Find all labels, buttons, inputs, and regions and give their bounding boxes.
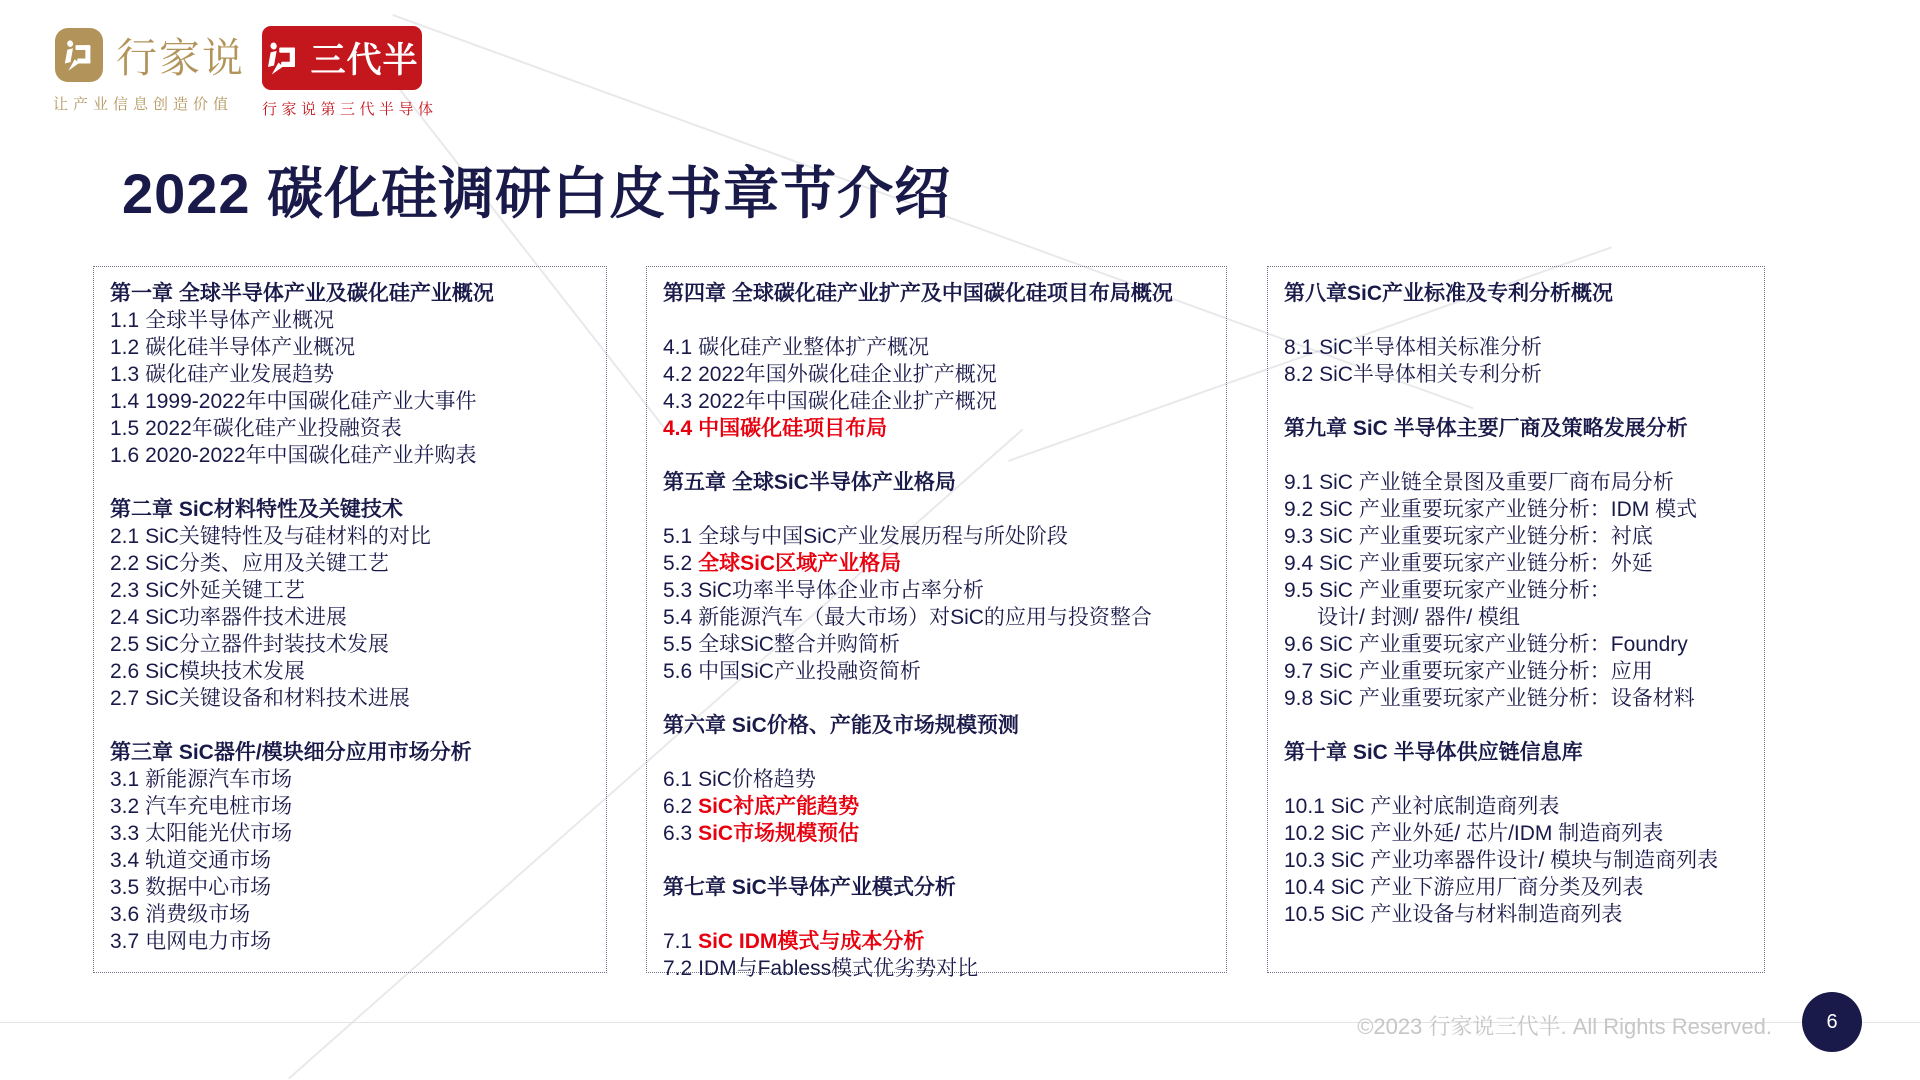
item-text: SiC功率半导体企业市占率分析	[698, 579, 984, 602]
item-number: 1.3	[110, 363, 139, 386]
item-text: SiC分立器件封装技术发展	[145, 633, 389, 656]
item-text: SiC分类、应用及关键工艺	[145, 552, 389, 575]
item-text: 轨道交通市场	[145, 849, 271, 872]
chapter-item: 4.4中国碳化硅项目布局	[663, 415, 1210, 442]
item-number: 6.1	[663, 768, 692, 791]
chapter-heading: 第九章 SiC 半导体主要厂商及策略发展分析	[1284, 415, 1748, 442]
item-text: SiC 产业重要玩家产业链分析：	[1319, 579, 1611, 602]
brand-logo-hangjiashuo: 行家说 让产业信息创造价值	[55, 25, 245, 114]
chapter-item: 5.2全球SiC区域产业格局	[663, 550, 1210, 577]
item-number: 9.4	[1284, 552, 1313, 575]
item-number: 6.3	[663, 822, 692, 845]
item-text: SiC 产业链全景图及重要厂商布局分析	[1319, 471, 1674, 494]
item-text: SiC关键特性及与硅材料的对比	[145, 525, 431, 548]
item-text: 中国SiC产业投融资简析	[698, 660, 921, 683]
item-number: 4.3	[663, 390, 692, 413]
chapter-item: 10.1SiC 产业衬底制造商列表	[1284, 793, 1748, 820]
item-number: 9.1	[1284, 471, 1313, 494]
chapter-item: 1.41999-2022年中国碳化硅产业大事件	[110, 388, 590, 415]
speech-bubble-logo-icon	[55, 28, 103, 82]
chapter-item: 3.2汽车充电桩市场	[110, 793, 590, 820]
item-number: 8.1	[1284, 336, 1313, 359]
chapter-box-1: 第一章 全球半导体产业及碳化硅产业概况1.1全球半导体产业概况1.2碳化硅半导体…	[93, 266, 607, 973]
item-text: 全球SiC区域产业格局	[698, 552, 901, 575]
item-text: 汽车充电桩市场	[145, 795, 292, 818]
chapter-item: 6.3SiC市场规模预估	[663, 820, 1210, 847]
item-number: 10.3	[1284, 849, 1325, 872]
brand-name: 行家说	[116, 25, 245, 84]
item-text: 2022年碳化硅产业投融资表	[145, 417, 402, 440]
item-text: SiC 产业外延/ 芯片/IDM 制造商列表	[1331, 822, 1664, 845]
chapter-item: 9.3SiC 产业重要玩家产业链分析：衬底	[1284, 523, 1748, 550]
chapter-item: 5.3SiC功率半导体企业市占率分析	[663, 577, 1210, 604]
chapter-item: 9.6SiC 产业重要玩家产业链分析：Foundry	[1284, 631, 1748, 658]
chapter-item: 1.2碳化硅半导体产业概况	[110, 334, 590, 361]
item-text: SiC 产业重要玩家产业链分析：Foundry	[1319, 633, 1688, 656]
page-number: 6	[1826, 1011, 1837, 1034]
item-text: SiC半导体相关专利分析	[1319, 363, 1542, 386]
item-text: 数据中心市场	[145, 876, 271, 899]
chapter-item: 4.1碳化硅产业整体扩产概况	[663, 334, 1210, 361]
item-text: SiC IDM模式与成本分析	[698, 930, 924, 953]
chapter-item: 2.1SiC关键特性及与硅材料的对比	[110, 523, 590, 550]
item-number: 5.3	[663, 579, 692, 602]
chapter-item: 1.52022年碳化硅产业投融资表	[110, 415, 590, 442]
chapter-item: 3.3太阳能光伏市场	[110, 820, 590, 847]
chapter-section: 第二章 SiC材料特性及关键技术2.1SiC关键特性及与硅材料的对比2.2SiC…	[110, 496, 590, 712]
item-number: 4.4	[663, 417, 692, 440]
chapter-heading: 第一章 全球半导体产业及碳化硅产业概况	[110, 280, 590, 307]
chapter-heading: 第七章 SiC半导体产业模式分析	[663, 874, 1210, 901]
item-number: 9.7	[1284, 660, 1313, 683]
chapter-item: 1.3碳化硅产业发展趋势	[110, 361, 590, 388]
chapter-item: 9.7SiC 产业重要玩家产业链分析：应用	[1284, 658, 1748, 685]
item-number: 2.7	[110, 687, 139, 710]
brand-tagline: 让产业信息创造价值	[53, 93, 245, 114]
chapter-heading: 第二章 SiC材料特性及关键技术	[110, 496, 590, 523]
item-number: 9.8	[1284, 687, 1313, 710]
item-text: 全球与中国SiC产业发展历程与所处阶段	[698, 525, 1068, 548]
chapter-heading: 第八章SiC产业标准及专利分析概况	[1284, 280, 1748, 307]
item-number: 1.1	[110, 309, 139, 332]
brand-name: 三代半	[310, 33, 418, 83]
item-text: SiC价格趋势	[698, 768, 816, 791]
chapter-item: 2.3SiC外延关键工艺	[110, 577, 590, 604]
chapter-item: 8.1SiC半导体相关标准分析	[1284, 334, 1748, 361]
chapter-item: 1.62020-2022年中国碳化硅产业并购表	[110, 442, 590, 469]
brand-logo-sandaiban: 三代半 行家说第三代半导体	[262, 26, 438, 119]
item-number: 2.1	[110, 525, 139, 548]
item-text: SiC 产业衬底制造商列表	[1331, 795, 1560, 818]
chapter-item: 5.1全球与中国SiC产业发展历程与所处阶段	[663, 523, 1210, 550]
page-number-badge: 6	[1802, 992, 1862, 1052]
item-number: 2.6	[110, 660, 139, 683]
item-number: 8.2	[1284, 363, 1313, 386]
speech-bubble-logo-glyph	[62, 36, 96, 74]
chapter-item: 2.5SiC分立器件封装技术发展	[110, 631, 590, 658]
chapter-item: 3.6消费级市场	[110, 901, 590, 928]
sandaiban-badge: 三代半	[262, 26, 422, 90]
chapter-heading: 第三章 SiC器件/模块细分应用市场分析	[110, 739, 590, 766]
item-number: 5.5	[663, 633, 692, 656]
item-text: 设计/ 封测/ 器件/ 模组	[1317, 606, 1520, 629]
chapter-item: 9.5SiC 产业重要玩家产业链分析：	[1284, 577, 1748, 604]
chapter-item: 2.2SiC分类、应用及关键工艺	[110, 550, 590, 577]
item-text: 全球SiC整合并购简析	[698, 633, 900, 656]
item-number: 3.1	[110, 768, 139, 791]
item-text: SiC 产业功率器件设计/ 模块与制造商列表	[1331, 849, 1718, 872]
item-text: 2022年中国碳化硅企业扩产概况	[698, 390, 997, 413]
chapter-section: 第七章 SiC半导体产业模式分析7.1SiC IDM模式与成本分析7.2IDM与…	[663, 874, 1210, 982]
chapter-item: 5.6中国SiC产业投融资简析	[663, 658, 1210, 685]
chapter-heading: 第四章 全球碳化硅产业扩产及中国碳化硅项目布局概况	[663, 280, 1210, 307]
item-text: SiC关键设备和材料技术进展	[145, 687, 410, 710]
item-text: SiC模块技术发展	[145, 660, 305, 683]
item-number: 5.6	[663, 660, 692, 683]
item-number: 1.5	[110, 417, 139, 440]
chapter-item: 设计/ 封测/ 器件/ 模组	[1284, 604, 1748, 631]
chapter-section: 第一章 全球半导体产业及碳化硅产业概况1.1全球半导体产业概况1.2碳化硅半导体…	[110, 280, 590, 469]
item-number: 5.1	[663, 525, 692, 548]
chapter-item: 2.6SiC模块技术发展	[110, 658, 590, 685]
chapter-item: 3.4轨道交通市场	[110, 847, 590, 874]
chapter-heading: 第五章 全球SiC半导体产业格局	[663, 469, 1210, 496]
item-text: 新能源汽车（最大市场）对SiC的应用与投资整合	[698, 606, 1152, 629]
item-text: 新能源汽车市场	[145, 768, 292, 791]
chapter-item: 8.2SiC半导体相关专利分析	[1284, 361, 1748, 388]
chapter-box-2: 第四章 全球碳化硅产业扩产及中国碳化硅项目布局概况4.1碳化硅产业整体扩产概况4…	[646, 266, 1227, 973]
item-number: 5.4	[663, 606, 692, 629]
item-text: 碳化硅半导体产业概况	[145, 336, 355, 359]
item-number: 3.4	[110, 849, 139, 872]
chapter-section: 第四章 全球碳化硅产业扩产及中国碳化硅项目布局概况4.1碳化硅产业整体扩产概况4…	[663, 280, 1210, 442]
chapter-section: 第六章 SiC价格、产能及市场规模预测6.1SiC价格趋势6.2SiC衬底产能趋…	[663, 712, 1210, 847]
item-text: SiC半导体相关标准分析	[1319, 336, 1542, 359]
chapter-item: 2.7SiC关键设备和材料技术进展	[110, 685, 590, 712]
item-number: 4.1	[663, 336, 692, 359]
item-text: SiC 产业重要玩家产业链分析：应用	[1319, 660, 1653, 683]
item-text: SiC衬底产能趋势	[698, 795, 859, 818]
chapter-item: 6.1SiC价格趋势	[663, 766, 1210, 793]
item-number: 2.5	[110, 633, 139, 656]
chapter-item: 7.2IDM与Fabless模式优劣势对比	[663, 955, 1210, 982]
chapter-section: 第五章 全球SiC半导体产业格局5.1全球与中国SiC产业发展历程与所处阶段5.…	[663, 469, 1210, 685]
chapter-item: 9.1SiC 产业链全景图及重要厂商布局分析	[1284, 469, 1748, 496]
chapter-item: 5.5全球SiC整合并购简析	[663, 631, 1210, 658]
chapter-item: 10.4SiC 产业下游应用厂商分类及列表	[1284, 874, 1748, 901]
chapter-item: 10.3SiC 产业功率器件设计/ 模块与制造商列表	[1284, 847, 1748, 874]
item-number: 3.5	[110, 876, 139, 899]
chapter-section: 第十章 SiC 半导体供应链信息库10.1SiC 产业衬底制造商列表10.2Si…	[1284, 739, 1748, 928]
item-number: 10.4	[1284, 876, 1325, 899]
chapter-item: 3.1新能源汽车市场	[110, 766, 590, 793]
item-text: 碳化硅产业发展趋势	[145, 363, 334, 386]
chapter-item: 7.1SiC IDM模式与成本分析	[663, 928, 1210, 955]
chapter-item: 6.2SiC衬底产能趋势	[663, 793, 1210, 820]
chapter-item: 10.5SiC 产业设备与材料制造商列表	[1284, 901, 1748, 928]
item-text: 电网电力市场	[145, 930, 271, 953]
item-number: 3.3	[110, 822, 139, 845]
item-number: 9.5	[1284, 579, 1313, 602]
item-number: 1.6	[110, 444, 139, 467]
chapter-item: 1.1全球半导体产业概况	[110, 307, 590, 334]
item-text: 消费级市场	[145, 903, 250, 926]
item-text: 全球半导体产业概况	[145, 309, 334, 332]
chapter-item: 10.2SiC 产业外延/ 芯片/IDM 制造商列表	[1284, 820, 1748, 847]
item-text: 太阳能光伏市场	[145, 822, 292, 845]
item-number: 4.2	[663, 363, 692, 386]
chapter-item: 3.5数据中心市场	[110, 874, 590, 901]
item-number: 10.2	[1284, 822, 1325, 845]
brand-tagline: 行家说第三代半导体	[262, 98, 438, 119]
chapter-item: 4.22022年国外碳化硅企业扩产概况	[663, 361, 1210, 388]
item-number: 3.7	[110, 930, 139, 953]
chapter-item: 9.4SiC 产业重要玩家产业链分析：外延	[1284, 550, 1748, 577]
item-number: 2.3	[110, 579, 139, 602]
item-text: 2022年国外碳化硅企业扩产概况	[698, 363, 997, 386]
item-number: 1.4	[110, 390, 139, 413]
chapter-heading: 第十章 SiC 半导体供应链信息库	[1284, 739, 1748, 766]
item-text: IDM与Fabless模式优劣势对比	[698, 957, 978, 980]
chapter-item: 4.32022年中国碳化硅企业扩产概况	[663, 388, 1210, 415]
item-text: SiC功率器件技术进展	[145, 606, 347, 629]
speech-bubble-logo-glyph	[265, 38, 301, 78]
item-text: 2020-2022年中国碳化硅产业并购表	[145, 444, 476, 467]
copyright-text: ©2023 行家说三代半. All Rights Reserved.	[1357, 1010, 1772, 1041]
item-number: 9.3	[1284, 525, 1313, 548]
chapter-item: 3.7电网电力市场	[110, 928, 590, 955]
item-text: SiC 产业下游应用厂商分类及列表	[1331, 876, 1644, 899]
item-text: 1999-2022年中国碳化硅产业大事件	[145, 390, 476, 413]
item-number: 7.2	[663, 957, 692, 980]
chapter-item: 9.2SiC 产业重要玩家产业链分析：IDM 模式	[1284, 496, 1748, 523]
item-number: 10.1	[1284, 795, 1325, 818]
chapter-item: 2.4SiC功率器件技术进展	[110, 604, 590, 631]
chapter-section: 第三章 SiC器件/模块细分应用市场分析3.1新能源汽车市场3.2汽车充电桩市场…	[110, 739, 590, 955]
item-text: SiC市场规模预估	[698, 822, 859, 845]
chapter-item: 9.8SiC 产业重要玩家产业链分析：设备材料	[1284, 685, 1748, 712]
item-number: 3.2	[110, 795, 139, 818]
item-number: 9.6	[1284, 633, 1313, 656]
item-number: 2.2	[110, 552, 139, 575]
item-text: 碳化硅产业整体扩产概况	[698, 336, 929, 359]
item-text: 中国碳化硅项目布局	[698, 417, 887, 440]
item-text: SiC 产业重要玩家产业链分析：设备材料	[1319, 687, 1695, 710]
item-number: 1.2	[110, 336, 139, 359]
item-number: 3.6	[110, 903, 139, 926]
chapter-section: 第九章 SiC 半导体主要厂商及策略发展分析9.1SiC 产业链全景图及重要厂商…	[1284, 415, 1748, 712]
item-number: 9.2	[1284, 498, 1313, 521]
item-number: 10.5	[1284, 903, 1325, 926]
item-number: 5.2	[663, 552, 692, 575]
chapter-heading: 第六章 SiC价格、产能及市场规模预测	[663, 712, 1210, 739]
item-text: SiC 产业重要玩家产业链分析：外延	[1319, 552, 1653, 575]
chapter-item: 5.4新能源汽车（最大市场）对SiC的应用与投资整合	[663, 604, 1210, 631]
item-number: 2.4	[110, 606, 139, 629]
item-text: SiC 产业重要玩家产业链分析：衬底	[1319, 525, 1653, 548]
item-number: 6.2	[663, 795, 692, 818]
chapter-section: 第八章SiC产业标准及专利分析概况8.1SiC半导体相关标准分析8.2SiC半导…	[1284, 280, 1748, 388]
item-text: SiC 产业重要玩家产业链分析：IDM 模式	[1319, 498, 1697, 521]
page-title: 2022 碳化硅调研白皮书章节介绍	[122, 150, 951, 230]
item-number: 7.1	[663, 930, 692, 953]
chapter-box-3: 第八章SiC产业标准及专利分析概况8.1SiC半导体相关标准分析8.2SiC半导…	[1267, 266, 1765, 973]
item-text: SiC 产业设备与材料制造商列表	[1331, 903, 1623, 926]
item-text: SiC外延关键工艺	[145, 579, 305, 602]
